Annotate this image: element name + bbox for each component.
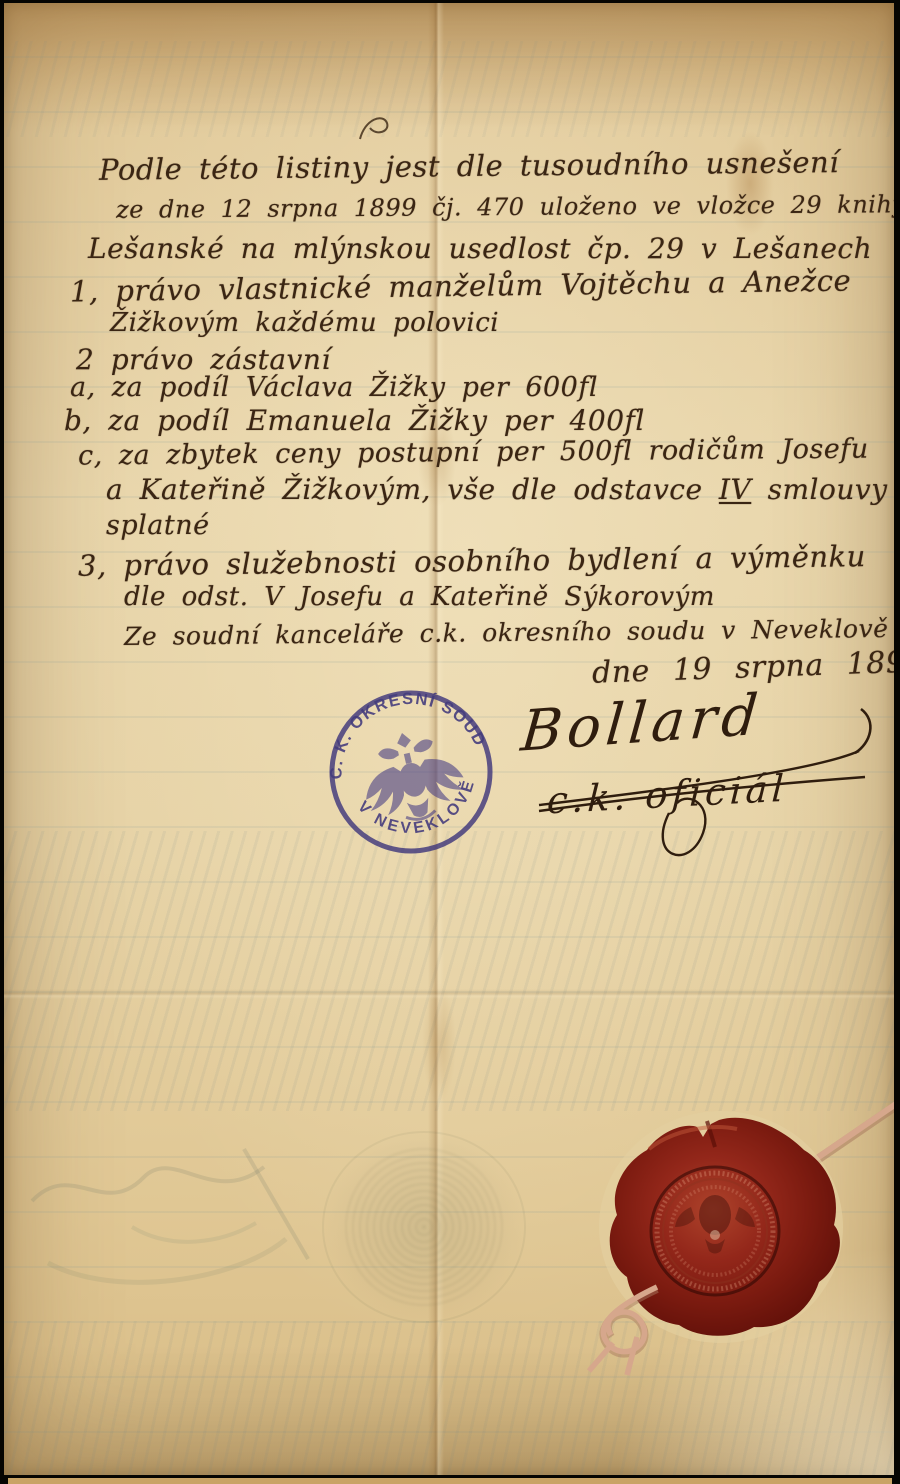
manuscript-line: splatné: [106, 510, 210, 541]
ink-flourish: [356, 111, 398, 147]
manuscript-line: a, za podíl Václava Žižky per 600fl: [70, 372, 598, 403]
line9-post: smlouvy: [751, 473, 887, 506]
court-stamp: C. K. OKRESNÍ SOUD V NEVEKLOVĚ: [297, 658, 525, 886]
manuscript-line: Lešanské na mlýnskou usedlost čp. 29 v L…: [88, 232, 872, 265]
scanned-document: Podle této listiny jest dle tusoudního u…: [0, 0, 900, 1484]
manuscript-line: b, za podíl Emanuela Žižky per 400fl: [64, 404, 645, 437]
wax-seal: [579, 1075, 894, 1385]
manuscript-line: ze dne 12 srpna 1899 čj. 470 uloženo ve …: [116, 190, 894, 224]
ghost-writing-bleedthrough: [12, 1131, 322, 1321]
manuscript-line: Žižkovým každému polovici: [110, 308, 499, 338]
ghost-stamp-bleedthrough: [322, 1131, 526, 1323]
line9-pre: a Kateřině Žižkovým, vše dle odstavce: [106, 473, 719, 506]
line9-roman-numeral: IV: [719, 473, 751, 506]
stamp-top-text: C. K. OKRESNÍ SOUD: [312, 673, 491, 783]
signature-block: Bollard c.k. oficiál: [509, 689, 894, 869]
manuscript-line: dle odst. V Josefu a Kateřině Sýkorovým: [124, 582, 715, 612]
horizontal-fold-crease: [4, 989, 894, 999]
paper-sheet: Podle této listiny jest dle tusoudního u…: [4, 3, 894, 1475]
manuscript-line: Podle této listiny jest dle tusoudního u…: [99, 145, 839, 187]
manuscript-line: 3, právo služebnosti osobního bydlení a …: [78, 539, 866, 583]
paper-top-shading: [4, 3, 894, 128]
manuscript-line: a Kateřině Žižkovým, vše dle odstavce IV…: [106, 473, 888, 506]
manuscript-line: 1, právo vlastnické manželům Vojtěchu a …: [70, 264, 852, 309]
bleedthrough-band: [4, 831, 894, 1111]
manuscript-line: Ze soudní kanceláře c.k. okresního soudu…: [124, 614, 889, 651]
ghost-stamp-inner: [340, 1147, 508, 1307]
stamp-top-textpath: C. K. OKRESNÍ SOUD: [312, 673, 491, 783]
manuscript-line: c, za zbytek ceny postupní per 500fl rod…: [78, 434, 869, 472]
scan-edge-strip: [8, 1478, 892, 1484]
